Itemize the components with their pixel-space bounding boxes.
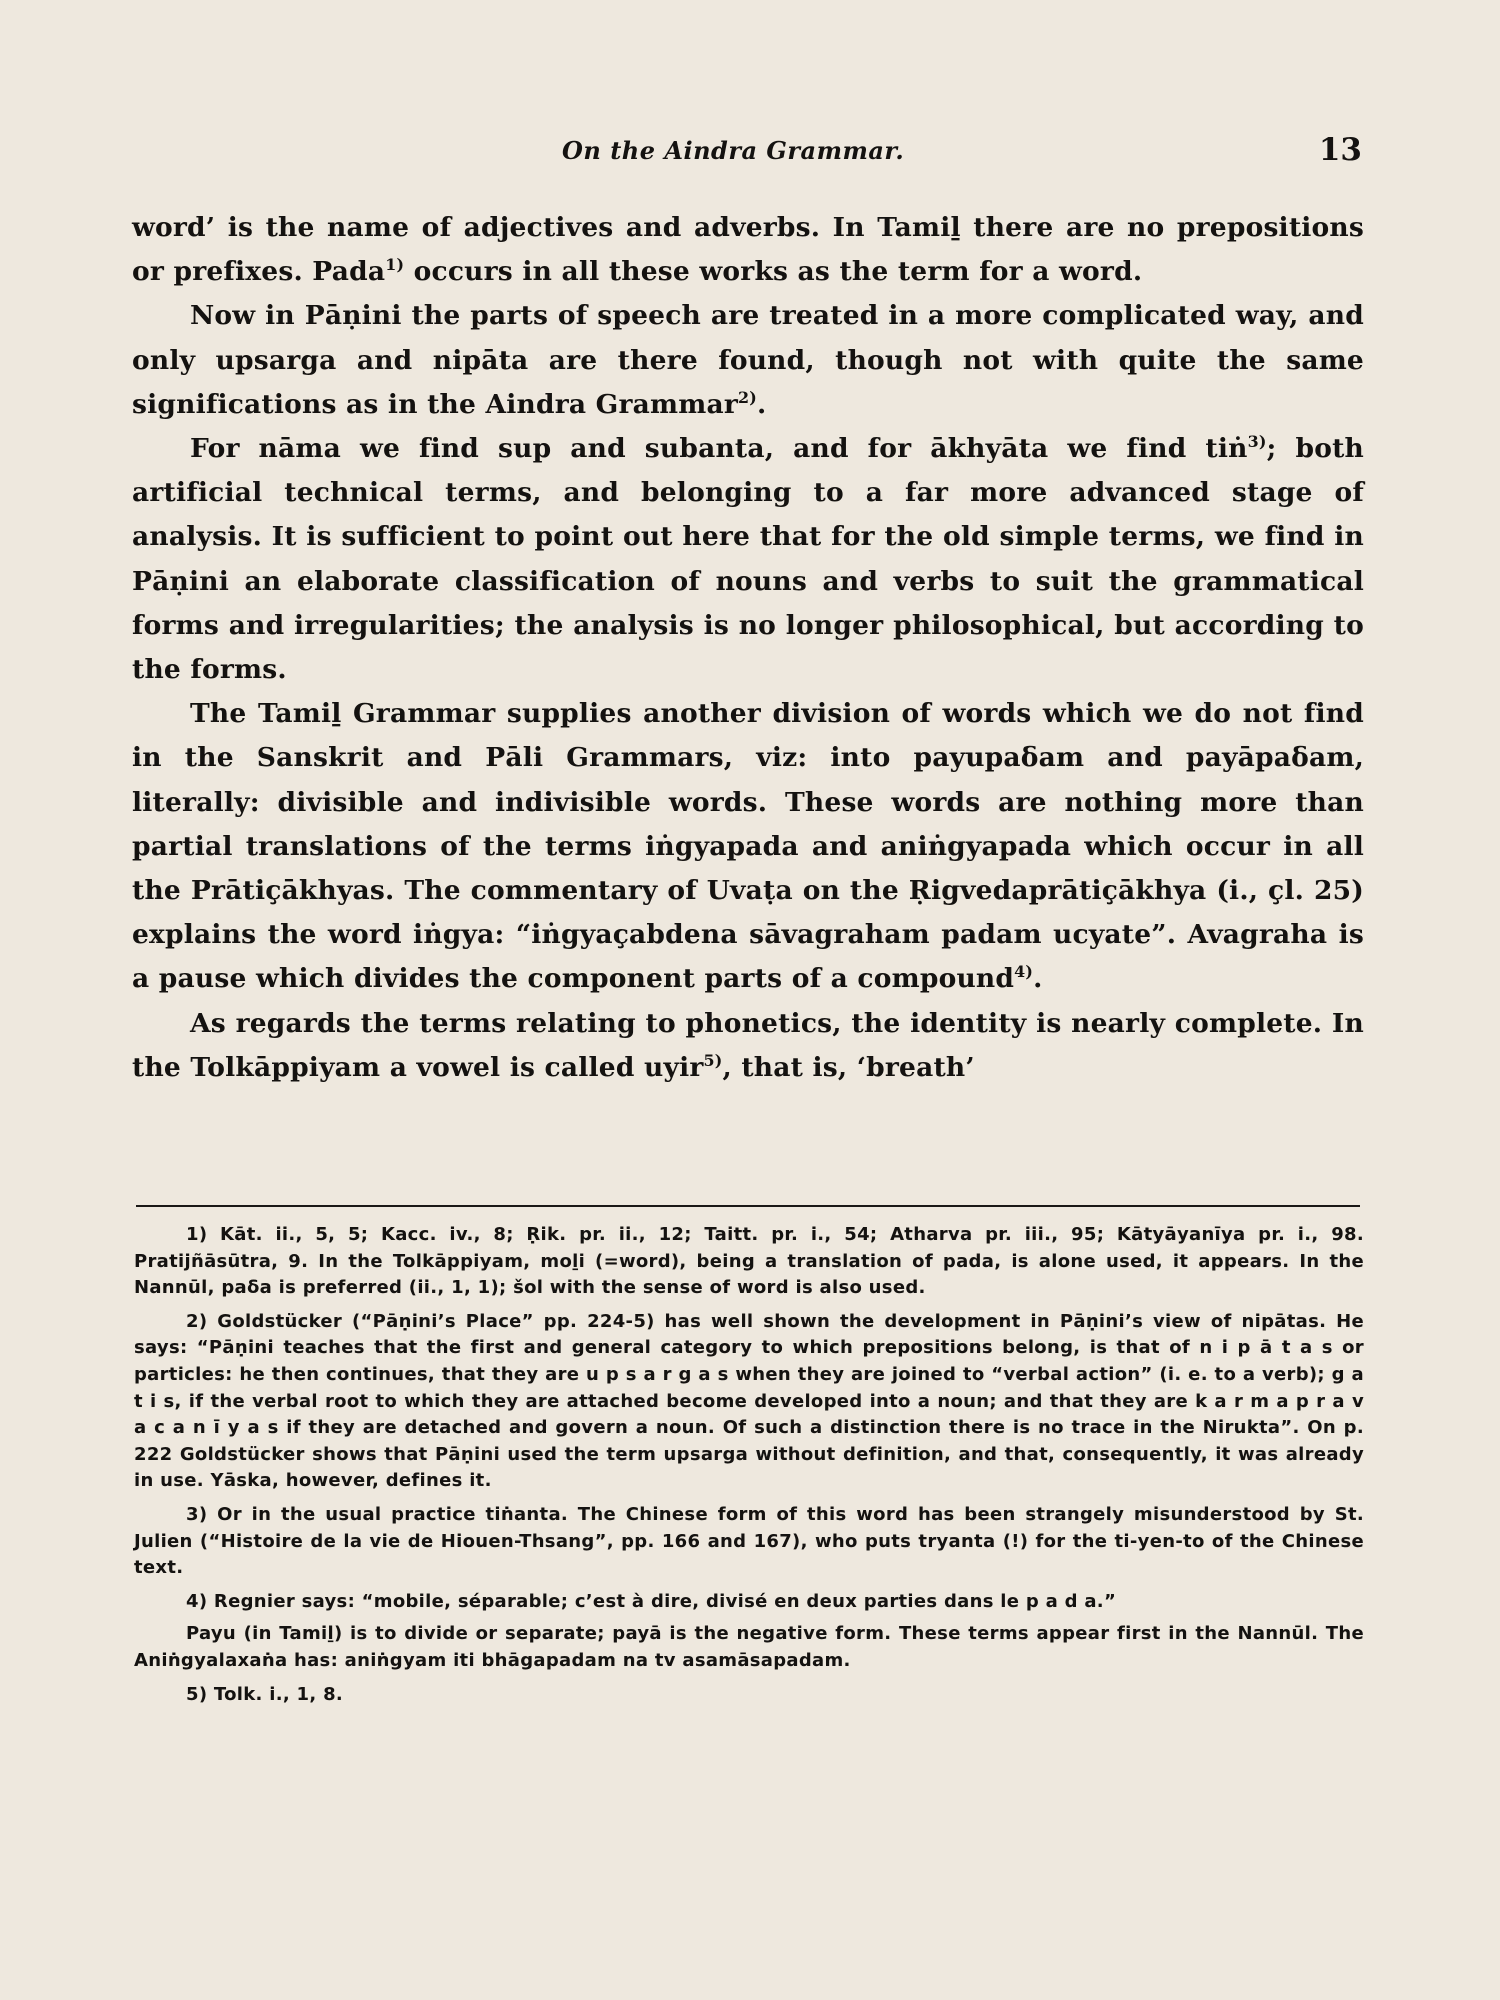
footnote-marker: 3) <box>186 1504 207 1525</box>
book-page: On the Aindra Grammar. 13 word’ is the n… <box>0 0 1500 2000</box>
footnote-text: Kāt. ii., 5, 5; Kacc. iv., 8; Ṛik. pr. i… <box>134 1224 1364 1298</box>
footnote-ref-1[interactable]: 1) <box>385 255 404 274</box>
paragraph-text: ; both artificial technical terms, and b… <box>132 433 1364 685</box>
paragraph-text: . <box>757 389 766 420</box>
paragraph-5: As regards the terms relating to phoneti… <box>132 1002 1364 1090</box>
paragraph-text: The Tamiḻ Grammar supplies another divis… <box>132 698 1364 994</box>
paragraph-2: Now in Pāṇini the parts of speech are tr… <box>132 294 1364 427</box>
footnote-text: Payu (in Tamiḻ) is to divide or separate… <box>134 1623 1364 1671</box>
main-text: word’ is the name of adjectives and adve… <box>132 206 1364 1090</box>
footnote-5: 5) Tolk. i., 1, 8. <box>134 1682 1364 1709</box>
footnote-text: Or in the usual practice tiṅanta. The Ch… <box>134 1504 1364 1578</box>
paragraph-text: , that is, ‘breath’ <box>723 1052 975 1083</box>
paragraph-1: word’ is the name of adjectives and adve… <box>132 206 1364 294</box>
paragraph-3: For nāma we find sup and subanta, and fo… <box>132 427 1364 692</box>
footnote-divider <box>136 1205 1360 1207</box>
paragraph-4: The Tamiḻ Grammar supplies another divis… <box>132 692 1364 1001</box>
footnotes: 1) Kāt. ii., 5, 5; Kacc. iv., 8; Ṛik. pr… <box>134 1222 1364 1715</box>
footnote-text: Tolk. i., 1, 8. <box>207 1684 343 1705</box>
running-head: On the Aindra Grammar. 13 <box>130 130 1362 178</box>
footnote-marker: 2) <box>186 1311 207 1332</box>
footnote-marker: 1) <box>186 1224 207 1245</box>
footnote-4-continuation: Payu (in Tamiḻ) is to divide or separate… <box>134 1621 1364 1674</box>
footnote-ref-4[interactable]: 4) <box>1014 963 1033 982</box>
paragraph-text: occurs in all these works as the term fo… <box>404 256 1142 287</box>
footnote-2: 2) Goldstücker (“Pāṇini’s Place” pp. 224… <box>134 1309 1364 1495</box>
page-number: 13 <box>1319 132 1362 168</box>
footnote-marker: 4) <box>186 1591 207 1612</box>
footnote-ref-2[interactable]: 2) <box>738 388 757 407</box>
footnote-4: 4) Regnier says: “mobile, séparable; c’e… <box>134 1589 1364 1616</box>
footnote-text: Regnier says: “mobile, séparable; c’est … <box>207 1591 1116 1612</box>
paragraph-text: For nāma we find sup and subanta, and fo… <box>190 433 1248 464</box>
footnote-1: 1) Kāt. ii., 5, 5; Kacc. iv., 8; Ṛik. pr… <box>134 1222 1364 1302</box>
paragraph-text: . <box>1033 963 1042 994</box>
footnote-ref-5[interactable]: 5) <box>704 1051 723 1070</box>
footnote-text: Goldstücker (“Pāṇini’s Place” pp. 224-5)… <box>134 1311 1364 1492</box>
footnote-3: 3) Or in the usual practice tiṅanta. The… <box>134 1502 1364 1582</box>
footnote-marker: 5) <box>186 1684 207 1705</box>
footnote-ref-3[interactable]: 3) <box>1248 432 1267 451</box>
running-title: On the Aindra Grammar. <box>562 136 904 165</box>
